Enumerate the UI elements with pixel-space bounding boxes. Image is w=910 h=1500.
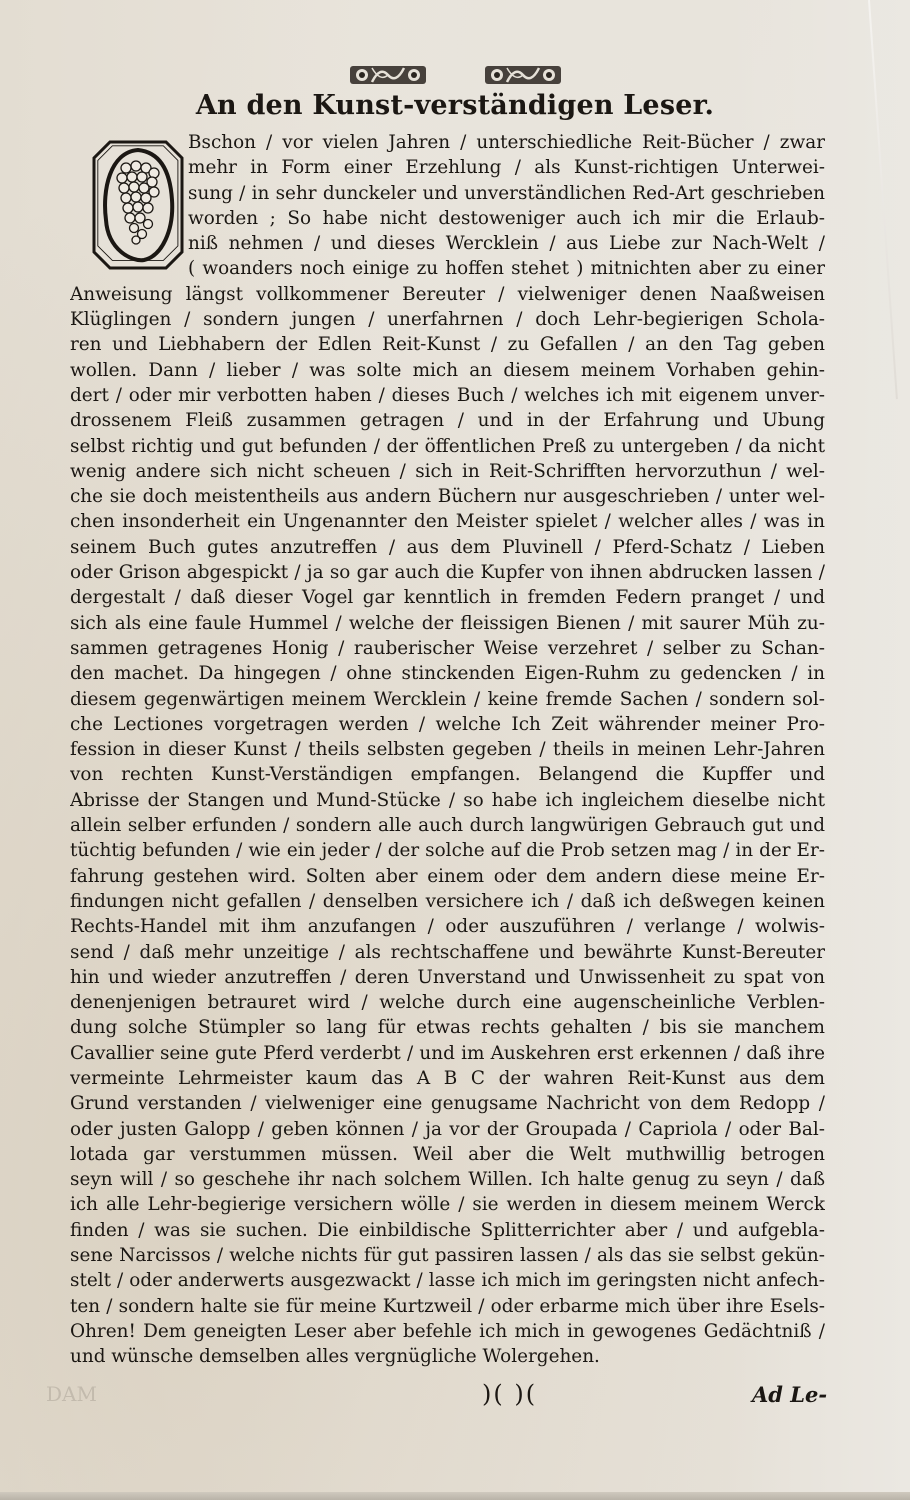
page-title: An den Kunst-verständigen Leser. [0, 90, 910, 121]
text-line: dung solche Stümpler so lang für etwas r… [70, 1015, 825, 1040]
text-line: Abrisse der Stangen und Mund-Stücke / so… [70, 788, 825, 813]
text-line: fession in dieser Kunst / theils selbste… [70, 737, 825, 762]
text-line: sung / in sehr dunckeler und unverständl… [188, 181, 825, 206]
text-line: ren und Liebhabern der Edlen Reit-Kunst … [70, 332, 825, 357]
text-line: oder Grison abgespickt / ja so gar auch … [70, 560, 825, 585]
text-line: Grund verstanden / vielweniger eine genu… [70, 1091, 825, 1116]
text-line: Rechts-Handel mit ihm anzufangen / oder … [70, 914, 825, 939]
text-line: ten / sondern halte sie für meine Kurtzw… [70, 1294, 825, 1319]
floral-ornament-icon [483, 62, 563, 88]
text-line: Klüglingen / sondern jungen / unerfahrne… [70, 307, 825, 332]
document-page: An den Kunst-verständigen Leser. Bschon … [0, 0, 910, 1500]
text-line: dert / oder mir verbotten haben / dieses… [70, 383, 825, 408]
text-line: seyn will / so geschehe ihr nach solchem… [70, 1167, 825, 1192]
text-line: niß nehmen / und dieses Wercklein / aus … [188, 231, 825, 256]
text-line: drossenem Fleiß zusammen getragen / und … [70, 408, 825, 433]
text-line: hin und wieder anzutreffen / deren Unver… [70, 965, 825, 990]
floral-ornament-icon [348, 62, 428, 88]
text-line: findungen nicht gefallen / denselben ver… [70, 889, 825, 914]
text-line: und wünsche demselben alles vergnügliche… [70, 1344, 825, 1369]
text-line: seinem Buch gutes anzutreffen / aus dem … [70, 535, 825, 560]
text-line: diesem gegenwärtigen meinem Wercklein / … [70, 687, 825, 712]
text-line: lotada gar verstummen müssen. Weil aber … [70, 1142, 825, 1167]
header-ornaments [0, 62, 910, 88]
text-line: wollen. Dann / lieber / was solte mich a… [70, 358, 825, 383]
text-line: sich als eine faule Hummel / welche der … [70, 611, 825, 636]
text-line: stelt / oder anderwerts ausgezwackt / la… [70, 1268, 825, 1293]
text-line: von rechten Kunst-Verständigen empfangen… [70, 762, 825, 787]
text-line: che Lectiones vorgetragen werden / welch… [70, 712, 825, 737]
catchword: Ad Le- [752, 1382, 827, 1407]
text-line: Bschon / vor vielen Jahren / unterschied… [188, 130, 825, 155]
text-line: oder justen Galopp / geben können / ja v… [70, 1117, 825, 1142]
paper-fold [868, 0, 898, 399]
text-line: fahrung gestehen wird. Solten aber einem… [70, 864, 825, 889]
signature-mark: )( )( [482, 1380, 537, 1408]
text-line: Cavallier seine gute Pferd verderbt / un… [70, 1041, 825, 1066]
text-line: Anweisung längst vollkommener Bereuter /… [70, 282, 825, 307]
text-line: ( woanders noch einige zu hoffen stehet … [188, 256, 825, 281]
text-line: ich alle Lehr-begierige versichern wölle… [70, 1192, 825, 1217]
text-line: worden ; So habe nicht destoweniger auch… [188, 206, 825, 231]
text-line: tüchtig befunden / wie ein jeder / der s… [70, 838, 825, 863]
text-line: finden / was sie suchen. Die einbildisch… [70, 1218, 825, 1243]
bleed-through-text: DAM [46, 1382, 97, 1406]
text-line: dergestalt / daß dieser Vogel gar kenntl… [70, 585, 825, 610]
preface-body-text: Bschon / vor vielen Jahren / unterschied… [70, 130, 825, 1370]
text-line: den machet. Da hingegen / ohne stinckend… [70, 661, 825, 686]
text-line: send / daß mehr unzeitige / als rechtsch… [70, 940, 825, 965]
text-line: selbst richtig und gut befunden / der öf… [70, 434, 825, 459]
text-line: denenjenigen betrauret wird / welche dur… [70, 990, 825, 1015]
text-line: wenig andere sich nicht scheuen / sich i… [70, 459, 825, 484]
text-line: sene Narcissos / welche nichts für gut p… [70, 1243, 825, 1268]
text-line: mehr in Form einer Erzehlung / als Kunst… [188, 155, 825, 180]
text-line: Ohren! Dem geneigten Leser aber befehle … [70, 1319, 825, 1344]
text-line: vermeinte Lehrmeister kaum das A B C der… [70, 1066, 825, 1091]
text-line: chen insonderheit ein Ungenannter den Me… [70, 509, 825, 534]
text-line: allein selber erfunden / sondern alle au… [70, 813, 825, 838]
text-line: che sie doch meistentheils aus andern Bü… [70, 484, 825, 509]
text-line: sammen getragenes Honig / rauberischer W… [70, 636, 825, 661]
page-footer: DAM )( )( Ad Le- [0, 1380, 910, 1410]
page-edge [0, 1492, 910, 1500]
